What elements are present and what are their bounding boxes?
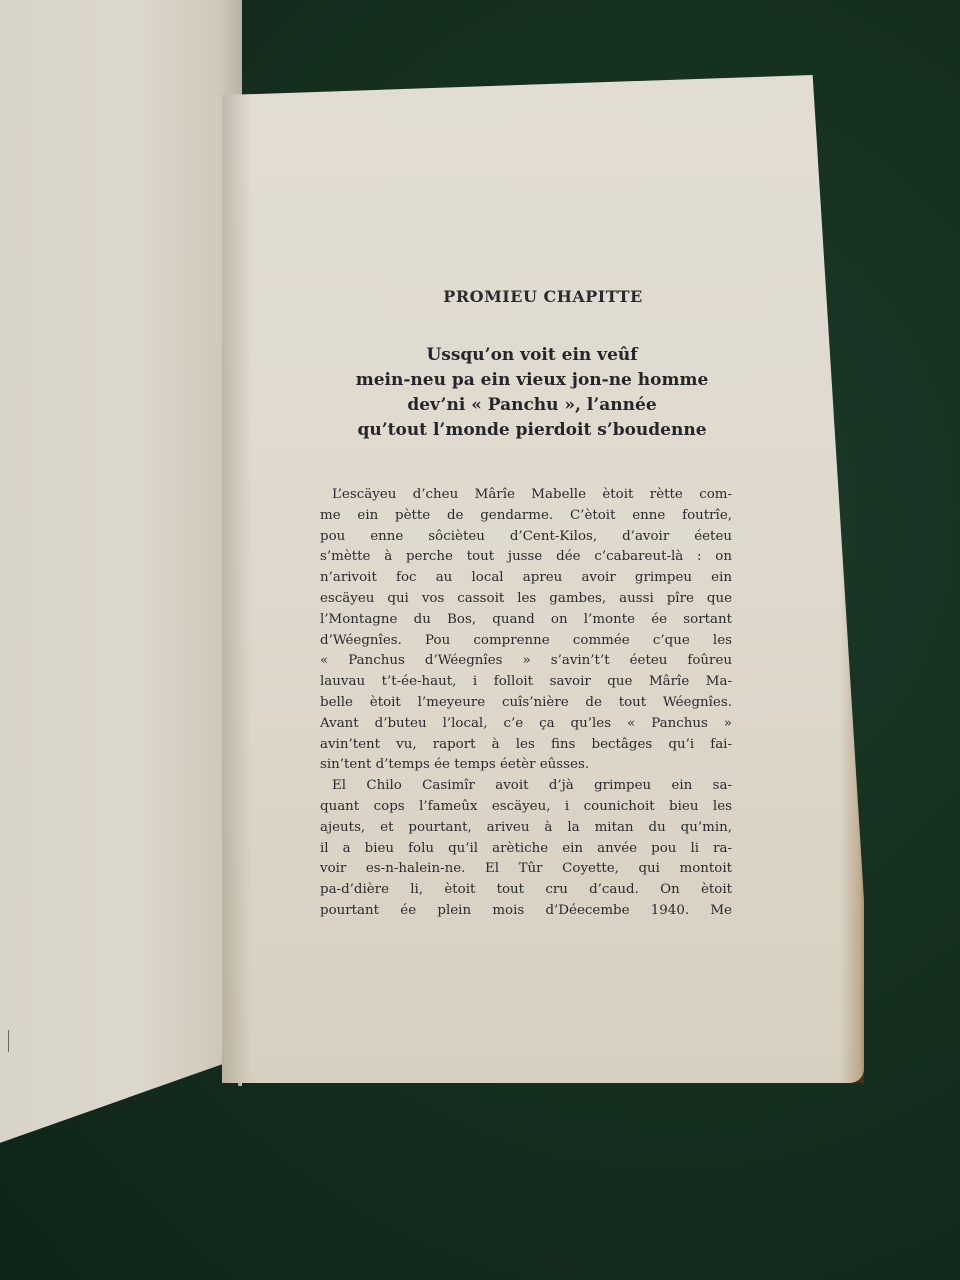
text-line: avin’tent vu, raport à les fins bectâges… <box>320 735 732 756</box>
gutter-shadow <box>222 75 252 1083</box>
text-line: pourtant ée plein mois d’Déecembe 1940. … <box>320 901 732 922</box>
subtitle-line: Ussqu’on voit ein veûf <box>312 343 752 368</box>
text-line: l’Montagne du Bos, quand on l’monte ée s… <box>320 610 732 631</box>
text-line: L’escäyeu d’cheu Mârîe Mabelle ètoit rèt… <box>320 485 732 506</box>
text-line: ajeuts, et pourtant, ariveu à la mitan d… <box>320 818 732 839</box>
body-text: L’escäyeu d’cheu Mârîe Mabelle ètoit rèt… <box>320 485 732 922</box>
text-line: voir es-n-halein-ne. El Tûr Coyette, qui… <box>320 859 732 880</box>
text-line: me ein pètte de gendarme. C’ètoit enne f… <box>320 506 732 527</box>
text-line: Avant d’buteu l’local, c’e ça qu’les « P… <box>320 714 732 735</box>
text-line: d’Wéegnîes. Pou comprenne commée c’que l… <box>320 631 732 652</box>
subtitle-line: dev’ni « Panchu », l’année <box>312 393 752 418</box>
text-line: belle ètoit l’meyeure cuîs’nière de tout… <box>320 693 732 714</box>
subtitle-line: mein-neu pa ein vieux jon-ne homme <box>312 368 752 393</box>
text-line: El Chilo Casimîr avoit d’jà grimpeu ein … <box>320 776 732 797</box>
text-line: « Panchus d’Wéegnîes » s’avin’t’t éeteu … <box>320 651 732 672</box>
text-line: pa-d’dière li, ètoit tout cru d’caud. On… <box>320 880 732 901</box>
pencil-mark <box>8 1030 9 1052</box>
text-line: s’mètte à perche tout jusse dée c’cabare… <box>320 547 732 568</box>
text-line: lauvau t’t-ée-haut, i folloit savoir que… <box>320 672 732 693</box>
chapter-subtitle: Ussqu’on voit ein veûf mein-neu pa ein v… <box>312 343 752 443</box>
text-line: sin’tent d’temps ée temps éetèr eûsses. <box>320 755 732 776</box>
text-line: pou enne sôcièteu d’Cent-Kilos, d’avoir … <box>320 527 732 548</box>
subtitle-line: qu’tout l’monde pierdoit s’boudenne <box>312 418 752 443</box>
text-line: quant cops l’fameûx escäyeu, i counichoi… <box>320 797 732 818</box>
text-line: il a bieu folu qu’il arètiche ein anvée … <box>320 839 732 860</box>
right-page: PROMIEU CHAPITTE Ussqu’on voit ein veûf … <box>222 75 864 1083</box>
chapter-title: PROMIEU CHAPITTE <box>222 287 864 306</box>
text-line: n’arivoit foc au local apreu avoir grimp… <box>320 568 732 589</box>
text-line: escäyeu qui vos cassoit les gambes, auss… <box>320 589 732 610</box>
left-page <box>0 0 242 1150</box>
